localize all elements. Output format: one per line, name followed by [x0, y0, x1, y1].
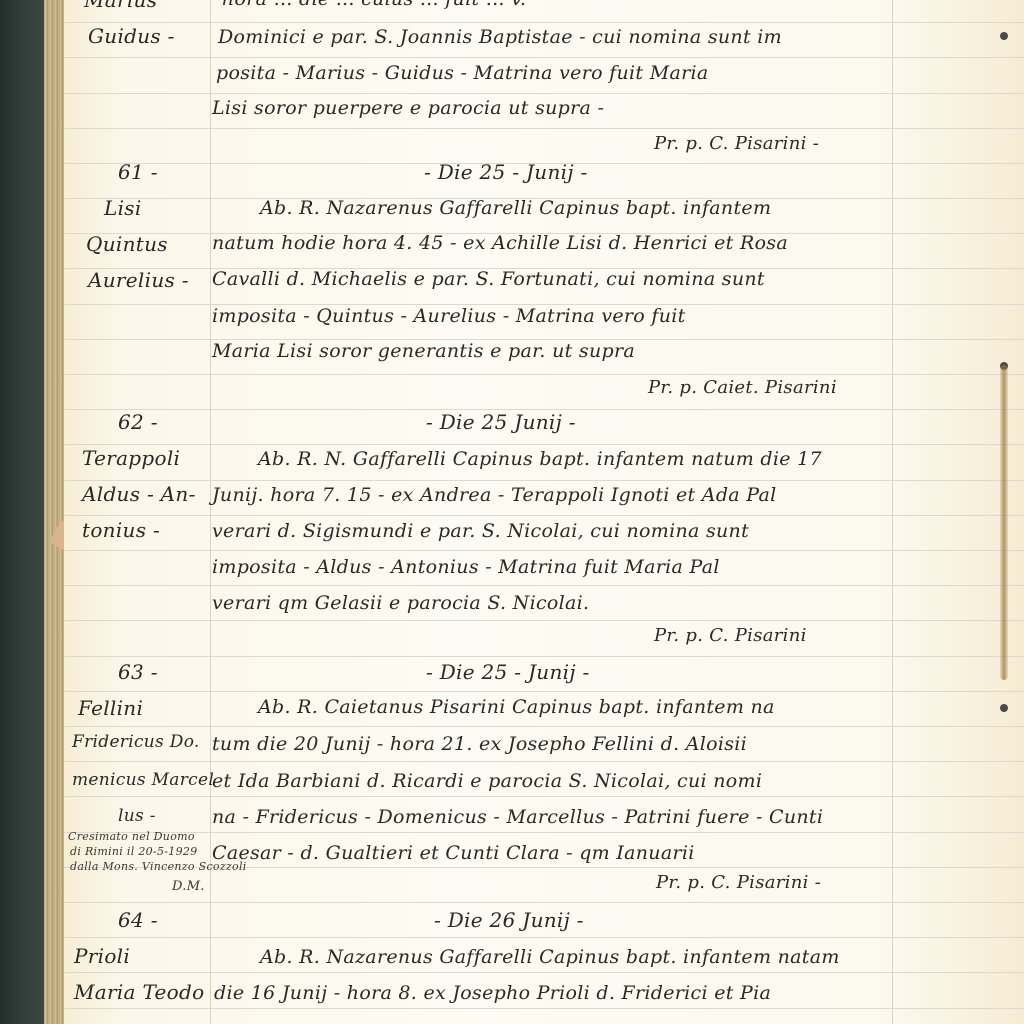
- binding-hole: [1000, 32, 1008, 40]
- entry-line: posita - Marius - Guidus - Matrina vero …: [216, 62, 708, 84]
- ruled-line: [64, 796, 1024, 797]
- entry-number: 62 -: [118, 410, 158, 434]
- ruled-line: [64, 585, 1024, 586]
- entry-date: - Die 25 - Junij -: [424, 160, 588, 184]
- ruled-line: [64, 57, 1024, 58]
- ruled-line: [64, 374, 1024, 375]
- entry-line: Ab. R. Nazarenus Gaffarelli Capinus bapt…: [260, 946, 840, 968]
- book-spine: [0, 0, 44, 1024]
- entry-line: imposita - Quintus - Aurelius - Matrina …: [212, 305, 686, 327]
- entry-number: 61 -: [118, 160, 158, 184]
- priest-signature: Pr. p. Caiet. Pisarini: [648, 377, 837, 398]
- ruled-line: [64, 902, 1024, 903]
- register-page: Marius Guidus - hora ... die ... cuius .…: [64, 0, 1024, 1024]
- margin-name: Fridericus Do.: [72, 732, 200, 752]
- entry-line: verari qm Gelasii e parocia S. Nicolai.: [212, 592, 589, 614]
- ruled-line: [64, 832, 1024, 833]
- margin-name: Aurelius -: [88, 268, 189, 292]
- entry-line: Junij. hora 7. 15 - ex Andrea - Terappol…: [212, 484, 777, 506]
- priest-signature: Pr. p. C. Pisarini -: [656, 872, 821, 893]
- entry-line: Cavalli d. Michaelis e par. S. Fortunati…: [212, 268, 765, 290]
- ruled-line: [64, 620, 1024, 621]
- entry-line: die 16 Junij - hora 8. ex Josepho Prioli…: [214, 982, 771, 1004]
- binding-hole: [1000, 704, 1008, 712]
- entry-line: Ab. R. Caietanus Pisarini Capinus bapt. …: [258, 696, 775, 718]
- margin-name: menicus Marcel: [72, 770, 214, 790]
- entry-date: - Die 25 - Junij -: [426, 660, 590, 684]
- priest-signature: Pr. p. C. Pisarini -: [654, 133, 819, 154]
- binding-stain: [1000, 365, 1008, 680]
- margin-name: lus -: [118, 806, 156, 826]
- entry-line: Ab. R. Nazarenus Gaffarelli Capinus bapt…: [260, 197, 771, 219]
- entry-line: Ab. R. N. Gaffarelli Capinus bapt. infan…: [258, 448, 822, 470]
- entry-date: - Die 26 Junij -: [434, 908, 584, 932]
- priest-signature: Pr. p. C. Pisarini: [654, 625, 807, 646]
- entry-line: et Ida Barbiani d. Ricardi e parocia S. …: [212, 770, 762, 792]
- margin-name: Maria Teodo: [74, 980, 204, 1004]
- note-initials: D.M.: [172, 880, 205, 894]
- right-margin-line: [892, 0, 893, 1024]
- margin-name: Quintus: [86, 232, 168, 256]
- margin-name: Prioli: [74, 944, 130, 968]
- entry-line: natum hodie hora 4. 45 - ex Achille Lisi…: [212, 232, 788, 254]
- ruled-line: [64, 515, 1024, 516]
- entry-line: Caesar - d. Gualtieri et Cunti Clara - q…: [212, 842, 695, 864]
- entry-number: 64 -: [118, 908, 158, 932]
- ruled-line: [64, 550, 1024, 551]
- ruled-line: [64, 444, 1024, 445]
- ruled-line: [64, 726, 1024, 727]
- ruled-line: [64, 656, 1024, 657]
- margin-name: Fellini: [78, 696, 143, 720]
- margin-name: Lisi: [104, 196, 142, 220]
- ruled-line: [64, 93, 1024, 94]
- entry-line: verari d. Sigismundi e par. S. Nicolai, …: [212, 520, 749, 542]
- ruled-line: [64, 972, 1024, 973]
- ruled-line: [64, 761, 1024, 762]
- ruled-line: [64, 22, 1024, 23]
- entry-date: - Die 25 Junij -: [426, 410, 576, 434]
- entry-line: hora ... die ... cuius ... fuit ... v.: [222, 0, 526, 10]
- entry-line: Lisi soror puerpere e parocia ut supra -: [212, 97, 604, 119]
- ruled-line: [64, 480, 1024, 481]
- margin-name: Aldus - An-: [82, 482, 196, 506]
- ruled-line: [64, 128, 1024, 129]
- entry-line: tum die 20 Junij - hora 21. ex Josepho F…: [212, 733, 747, 755]
- margin-name: Guidus -: [88, 24, 175, 48]
- margin-name: Terappoli: [82, 446, 180, 470]
- entry-line: na - Fridericus - Domenicus - Marcellus …: [212, 806, 823, 828]
- ruled-line: [64, 691, 1024, 692]
- margin-name: tonius -: [82, 518, 160, 542]
- entry-line: Dominici e par. S. Joannis Baptistae - c…: [218, 26, 782, 48]
- ruled-line: [64, 937, 1024, 938]
- entry-line: Maria Lisi soror generantis e par. ut su…: [212, 340, 635, 362]
- entry-line: imposita - Aldus - Antonius - Matrina fu…: [212, 556, 720, 578]
- page-edges: [44, 0, 64, 1024]
- entry-number: 63 -: [118, 660, 158, 684]
- confirmation-note: di Rimini il 20-5-1929: [70, 845, 197, 859]
- ruled-line: [64, 1008, 1024, 1009]
- margin-name: Marius: [84, 0, 157, 12]
- confirmation-note: Cresimato nel Duomo: [68, 830, 195, 844]
